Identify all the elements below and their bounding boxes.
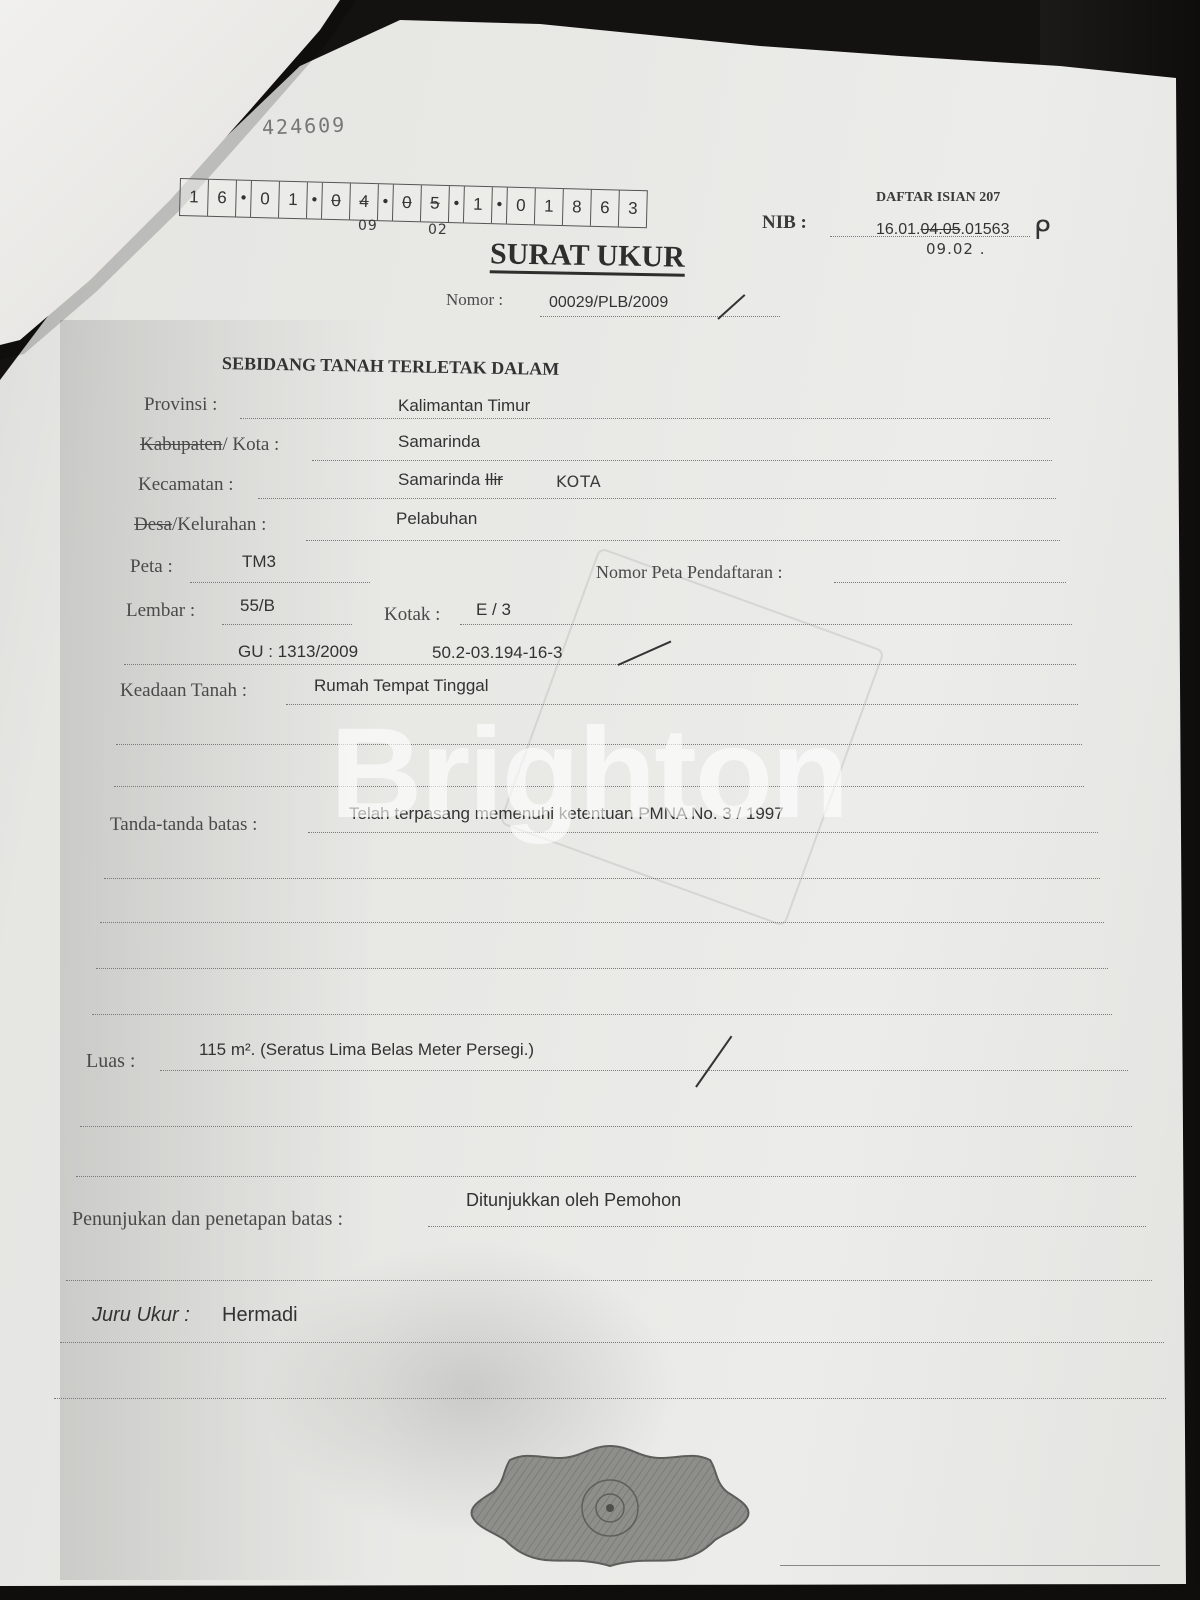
kota-line <box>312 460 1052 461</box>
kabupaten-struck: Kabupaten <box>140 434 222 455</box>
nomor-label: Nomor : <box>446 290 503 310</box>
code-box-cell: 5 <box>421 185 450 222</box>
tanda-batas-label: Tanda-tanda batas : <box>110 814 257 836</box>
kotak-label: Kotak : <box>384 604 440 626</box>
blank-line <box>100 922 1104 923</box>
juru-ukur-label: Juru Ukur : <box>92 1304 190 1327</box>
kota-label-text: / Kota : <box>222 434 279 455</box>
peta-line <box>190 582 370 583</box>
peta-value: TM3 <box>242 552 276 572</box>
code-box-cell: • <box>449 186 465 222</box>
code-correction-1: 09 <box>358 218 378 234</box>
blank-line <box>66 1280 1152 1281</box>
code-box-cell: 0 <box>251 181 280 218</box>
code-box-cell: 6 <box>208 180 237 217</box>
nib-prefix: 16.01. <box>876 221 920 238</box>
keadaan-tanah-label: Keadaan Tanah : <box>120 680 247 702</box>
nomor-value: 00029/PLB/2009 <box>549 294 668 312</box>
nib-suffix: .01563 <box>961 221 1010 238</box>
lembar-label: Lembar : <box>126 600 195 622</box>
code-box-cell: 0 <box>393 185 422 222</box>
nomor-peta-pendaftaran-line <box>834 582 1066 583</box>
kecamatan-value: Samarinda Ilir <box>398 470 503 490</box>
blank-line <box>76 1176 1136 1177</box>
penunjukan-label: Penunjukan dan penetapan batas : <box>72 1208 343 1231</box>
blank-line <box>96 968 1108 969</box>
code-box-cell: 0 <box>322 183 351 220</box>
ilir-struck: Ilir <box>485 470 503 489</box>
blank-line <box>54 1398 1166 1399</box>
nomor-dotted-line <box>540 316 780 317</box>
provinsi-value: Kalimantan Timur <box>398 396 530 416</box>
code-box-cell: 1 <box>464 186 493 223</box>
blank-line <box>80 1126 1132 1127</box>
serial-number: 424609 <box>262 113 347 140</box>
kelurahan-line <box>306 540 1060 541</box>
nib-struck: 04.05 <box>920 221 960 238</box>
kecamatan-label: Kecamatan : <box>138 474 233 496</box>
kelurahan-label-text: /Kelurahan : <box>172 514 266 535</box>
kecamatan-value-text: Samarinda <box>398 470 480 489</box>
kelurahan-label: Desa/Kelurahan : <box>134 514 266 536</box>
nib-value: 16.01.04.05.01563 <box>876 221 1009 239</box>
luas-label: Luas : <box>86 1050 135 1073</box>
code-correction-2: 02 <box>428 222 448 238</box>
gu-value: GU : 1313/2009 <box>238 642 358 662</box>
kelurahan-value: Pelabuhan <box>396 509 477 529</box>
code-box-cell: 8 <box>563 189 592 226</box>
blank-line <box>104 878 1100 879</box>
code-box-cell: 4 <box>350 183 379 220</box>
brighton-watermark: Brighton <box>330 710 847 838</box>
kota-label: Kabupaten/ Kota : <box>140 434 279 456</box>
kecamatan-line <box>258 498 1056 499</box>
juru-ukur-line <box>60 1342 1164 1343</box>
code-box-cell: • <box>378 184 394 220</box>
kota-value: Samarinda <box>398 432 480 452</box>
kotak-line <box>460 624 1072 625</box>
peta-label: Peta : <box>130 556 173 578</box>
luas-value: 115 m². (Seratus Lima Belas Meter Perseg… <box>199 1040 534 1060</box>
code-box-cell: 0 <box>507 188 536 225</box>
kecamatan-handwritten: KOTA <box>556 472 602 491</box>
nib-correction: 09.02 . <box>926 240 985 258</box>
gu-line <box>124 664 1076 665</box>
code-box-cell: • <box>492 187 508 223</box>
code-box-cell: • <box>236 180 252 216</box>
keadaan-tanah-value: Rumah Tempat Tinggal <box>314 676 489 696</box>
blank-line <box>92 1014 1112 1015</box>
code-box-cell: 3 <box>619 191 647 228</box>
form-name: DAFTAR ISIAN 207 <box>876 190 1000 206</box>
luas-line <box>160 1070 1128 1071</box>
lembar-value: 55/B <box>240 596 275 616</box>
penunjukan-line <box>428 1226 1146 1227</box>
code-box-cell: 6 <box>591 190 620 227</box>
handwritten-paraf-icon: ᑭ <box>1034 216 1050 246</box>
lembar-line <box>222 624 352 625</box>
provinsi-line <box>240 418 1050 419</box>
gu-code: 50.2-03.194-16-3 <box>432 643 562 663</box>
code-box-cell: 1 <box>279 182 308 219</box>
provinsi-label: Provinsi : <box>144 394 217 416</box>
security-seal-icon <box>465 1440 755 1570</box>
penunjukan-value: Ditunjukkan oleh Pemohon <box>466 1190 681 1211</box>
document-title: SURAT UKUR <box>490 238 685 276</box>
nib-label: NIB : <box>762 212 807 234</box>
nomor-peta-pendaftaran-label: Nomor Peta Pendaftaran : <box>596 562 782 583</box>
juru-ukur-value: Hermadi <box>222 1304 298 1327</box>
code-box-cell: 1 <box>535 188 564 225</box>
desa-struck: Desa <box>134 514 172 535</box>
code-box-cell: 1 <box>180 179 209 216</box>
code-box-cell: • <box>307 182 323 218</box>
kotak-value: E / 3 <box>476 600 511 620</box>
bottom-rule <box>780 1565 1160 1566</box>
